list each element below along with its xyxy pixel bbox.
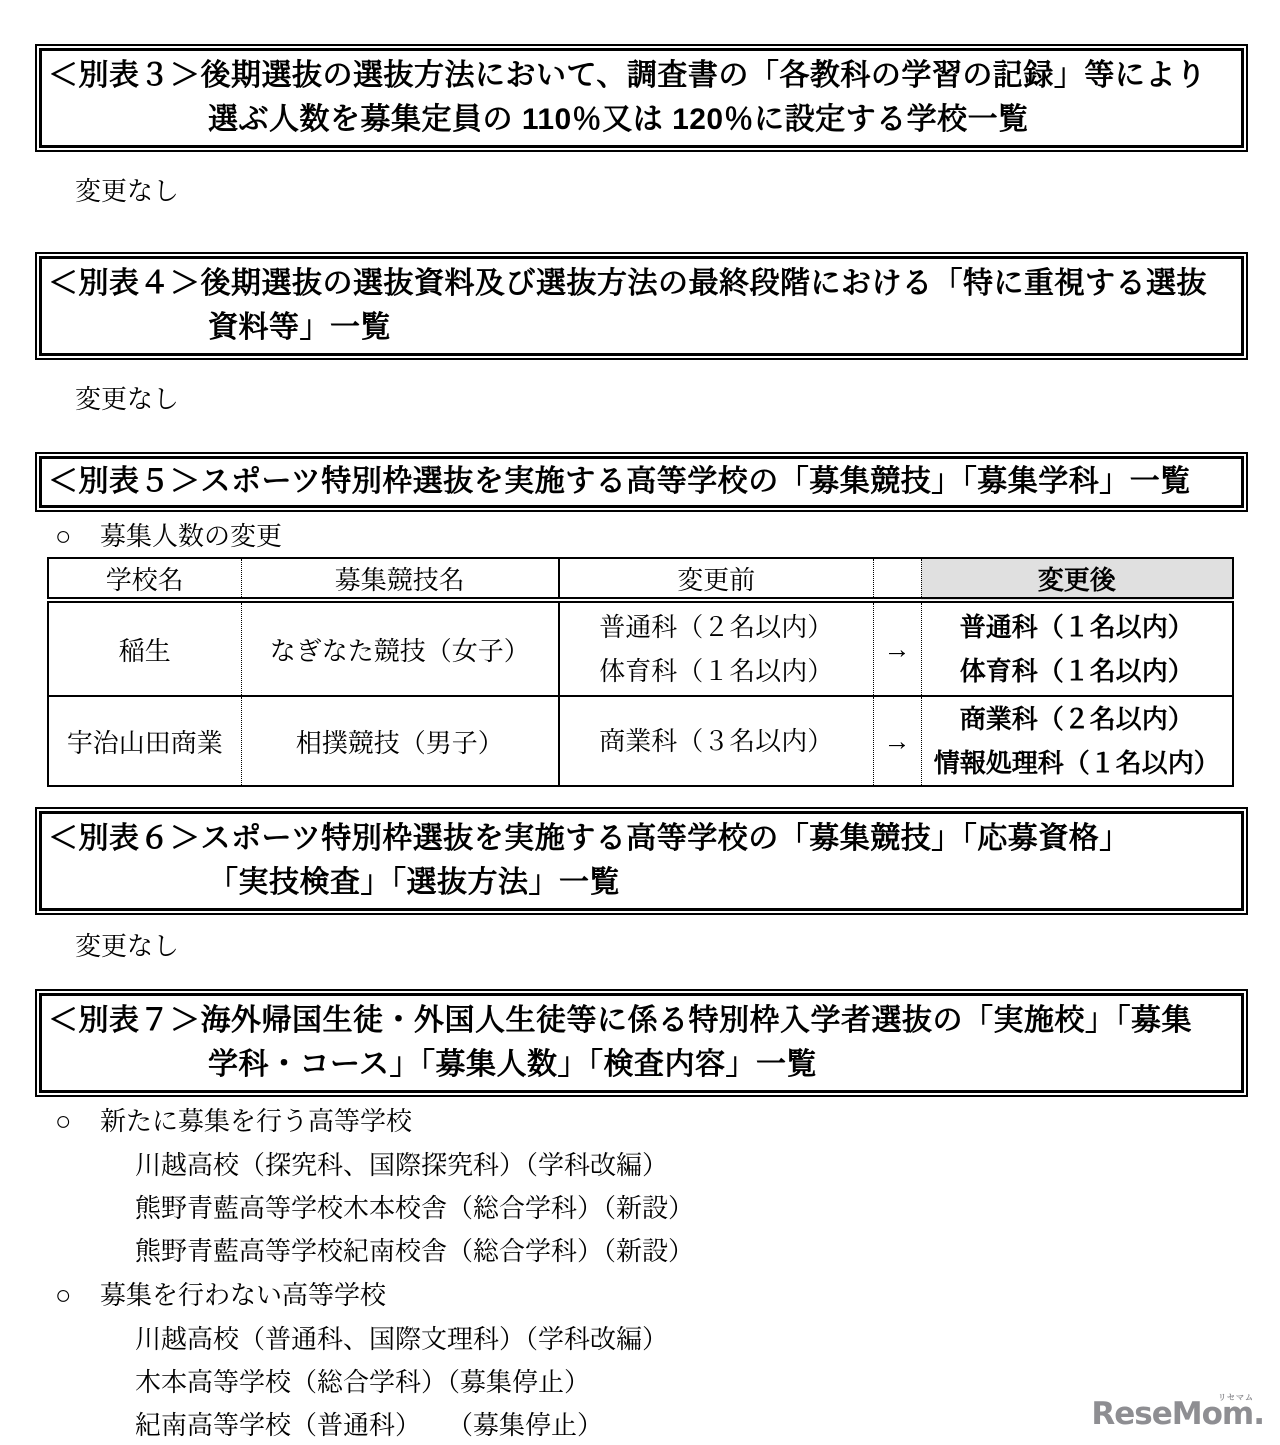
table4-title-box-inner: ＜別表４＞後期選抜の選抜資料及び選抜方法の最終段階における「特に重視する選抜 資… bbox=[39, 256, 1244, 356]
table4-title-box: ＜別表４＞後期選抜の選抜資料及び選抜方法の最終段階における「特に重視する選抜 資… bbox=[35, 252, 1248, 360]
table5-subsection-heading-row: ○ 募集人数の変更 bbox=[35, 520, 1248, 553]
table4-status: 変更なし bbox=[75, 382, 1248, 416]
header-spacer bbox=[873, 558, 921, 600]
circle-bullet-icon: ○ bbox=[35, 1105, 100, 1138]
after-line: 体育科（１名以内） bbox=[922, 649, 1233, 693]
table7-no-recruit-section: ○ 募集を行わない高等学校 川越高校（普通科、国際文理科）（学科改編） 木本高等… bbox=[35, 1279, 1248, 1441]
after-line: 普通科（１名以内） bbox=[922, 605, 1233, 649]
table-row: 稲生 なぎなた競技（女子） 普通科（２名以内） 体育科（１名以内） → 普通科（… bbox=[48, 600, 1233, 696]
cell-school-name: 宇治山田商業 bbox=[48, 696, 241, 786]
table-header-row: 学校名 募集競技名 変更前 変更後 bbox=[48, 558, 1233, 600]
header-before-change: 変更前 bbox=[559, 558, 873, 600]
table6-status: 変更なし bbox=[75, 929, 1248, 963]
no-recruit-heading-row: ○ 募集を行わない高等学校 bbox=[35, 1279, 1248, 1312]
list-item: 川越高校（探究科、国際探究科）（学科改編） bbox=[135, 1149, 1248, 1181]
table6-title-line2: 「実技検査」「選抜方法」一覧 bbox=[48, 861, 1235, 905]
before-line: 体育科（１名以内） bbox=[560, 649, 873, 693]
cell-before-change: 普通科（２名以内） 体育科（１名以内） bbox=[559, 600, 873, 696]
cell-sport-name: なぎなた競技（女子） bbox=[241, 600, 559, 696]
table4-title-line1: ＜別表４＞後期選抜の選抜資料及び選抜方法の最終段階における「特に重視する選抜 bbox=[48, 262, 1235, 306]
table4-title-line2: 資料等」一覧 bbox=[48, 306, 1235, 350]
list-item: 紀南高等学校（普通科） （募集停止） bbox=[135, 1409, 1248, 1441]
document-page: ＜別表３＞後期選抜の選抜方法において、調査書の「各教科の学習の記録」等により 選… bbox=[0, 0, 1280, 1441]
cell-before-change: 商業科（３名以内） bbox=[559, 696, 873, 786]
table-row: 宇治山田商業 相撲競技（男子） 商業科（３名以内） → 商業科（２名以内） 情報… bbox=[48, 696, 1233, 786]
table3-title-line1: ＜別表３＞後期選抜の選抜方法において、調査書の「各教科の学習の記録」等により bbox=[48, 54, 1235, 98]
new-recruit-heading: 新たに募集を行う高等学校 bbox=[100, 1105, 412, 1138]
recruit-change-table: 学校名 募集競技名 変更前 変更後 稲生 なぎなた競技（女子） 普通科（２名以内… bbox=[47, 557, 1234, 787]
list-item: 熊野青藍高等学校木本校舎（総合学科）（新設） bbox=[135, 1192, 1248, 1224]
list-item: 川越高校（普通科、国際文理科）（学科改編） bbox=[135, 1323, 1248, 1355]
after-line: 商業科（２名以内） bbox=[922, 697, 1233, 741]
cell-school-name: 稲生 bbox=[48, 600, 241, 696]
cell-after-change: 普通科（１名以内） 体育科（１名以内） bbox=[921, 600, 1233, 696]
table7-title-line1: ＜別表７＞海外帰国生徒・外国人生徒等に係る特別枠入学者選抜の「実施校」「募集 bbox=[48, 999, 1235, 1043]
table7-title-line2: 学科・コース」「募集人数」「検査内容」一覧 bbox=[48, 1043, 1235, 1087]
header-sport-name: 募集競技名 bbox=[241, 558, 559, 600]
table3-status: 変更なし bbox=[75, 174, 1248, 208]
header-after-change: 変更後 bbox=[921, 558, 1233, 600]
resemom-logo: リセマム ReseMom. bbox=[1091, 1396, 1264, 1432]
table5-title-line1: ＜別表５＞スポーツ特別枠選抜を実施する高等学校の「募集競技」「募集学科」一覧 bbox=[48, 462, 1235, 502]
table5-title-box-inner: ＜別表５＞スポーツ特別枠選抜を実施する高等学校の「募集競技」「募集学科」一覧 bbox=[39, 456, 1244, 508]
table7-title-box-inner: ＜別表７＞海外帰国生徒・外国人生徒等に係る特別枠入学者選抜の「実施校」「募集 学… bbox=[39, 993, 1244, 1093]
after-line: 情報処理科（１名以内） bbox=[922, 741, 1233, 785]
right-arrow-icon: → bbox=[873, 696, 921, 786]
header-school-name: 学校名 bbox=[48, 558, 241, 600]
right-arrow-icon: → bbox=[873, 600, 921, 696]
table3-title-line2: 選ぶ人数を募集定員の 110％又は 120％に設定する学校一覧 bbox=[48, 98, 1235, 142]
list-item: 熊野青藍高等学校紀南校舎（総合学科）（新設） bbox=[135, 1235, 1248, 1267]
table7-new-recruit-section: ○ 新たに募集を行う高等学校 川越高校（探究科、国際探究科）（学科改編） 熊野青… bbox=[35, 1105, 1248, 1267]
circle-bullet-icon: ○ bbox=[35, 520, 100, 553]
table7-title-box: ＜別表７＞海外帰国生徒・外国人生徒等に係る特別枠入学者選抜の「実施校」「募集 学… bbox=[35, 989, 1248, 1097]
cell-sport-name: 相撲競技（男子） bbox=[241, 696, 559, 786]
table6-title-box-inner: ＜別表６＞スポーツ特別枠選抜を実施する高等学校の「募集競技」「応募資格」 「実技… bbox=[39, 811, 1244, 911]
new-recruit-heading-row: ○ 新たに募集を行う高等学校 bbox=[35, 1105, 1248, 1138]
table3-title-box: ＜別表３＞後期選抜の選抜方法において、調査書の「各教科の学習の記録」等により 選… bbox=[35, 44, 1248, 152]
resemom-logo-ruby: リセマム bbox=[1218, 1392, 1254, 1403]
table5-subsection-heading: 募集人数の変更 bbox=[100, 520, 282, 553]
circle-bullet-icon: ○ bbox=[35, 1279, 100, 1312]
table3-title-box-inner: ＜別表３＞後期選抜の選抜方法において、調査書の「各教科の学習の記録」等により 選… bbox=[39, 48, 1244, 148]
table5-title-box: ＜別表５＞スポーツ特別枠選抜を実施する高等学校の「募集競技」「募集学科」一覧 bbox=[35, 452, 1248, 512]
cell-after-change: 商業科（２名以内） 情報処理科（１名以内） bbox=[921, 696, 1233, 786]
before-line: 商業科（３名以内） bbox=[560, 719, 873, 763]
before-line: 普通科（２名以内） bbox=[560, 605, 873, 649]
list-item: 木本高等学校（総合学科）（募集停止） bbox=[135, 1366, 1248, 1398]
table6-title-box: ＜別表６＞スポーツ特別枠選抜を実施する高等学校の「募集競技」「応募資格」 「実技… bbox=[35, 807, 1248, 915]
table6-title-line1: ＜別表６＞スポーツ特別枠選抜を実施する高等学校の「募集競技」「応募資格」 bbox=[48, 817, 1235, 861]
no-recruit-heading: 募集を行わない高等学校 bbox=[100, 1279, 386, 1312]
